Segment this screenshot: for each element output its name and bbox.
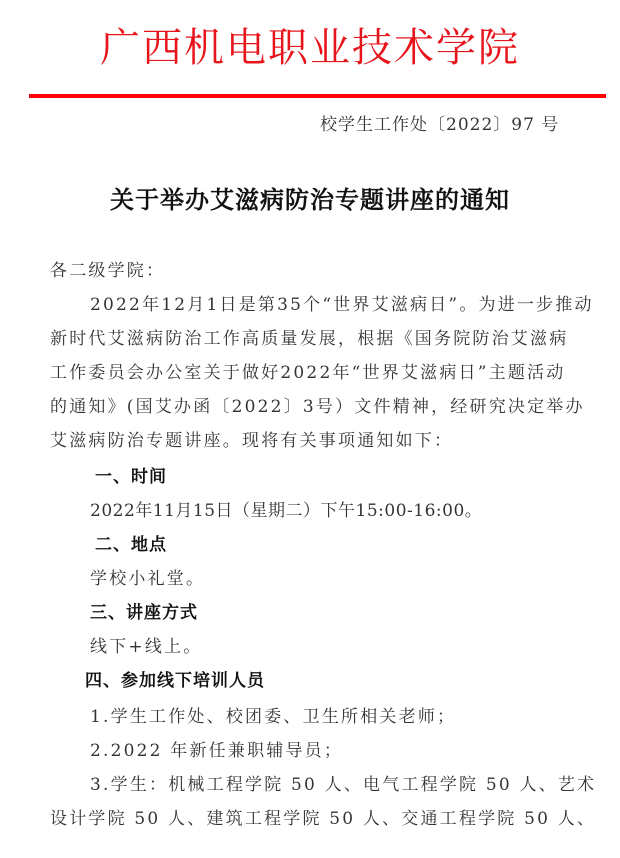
red-divider — [29, 94, 606, 98]
participant-item: 设计学院 50 人、建筑工程学院 50 人、交通工程学院 50 人、 — [50, 806, 596, 832]
section-content-format: 线下+线上。 — [90, 634, 202, 660]
intro-line: 的通知》(国艾办函〔2022〕3号）文件精神，经研究决定举办 — [50, 394, 585, 420]
participant-item: 3.学生：机械工程学院 50 人、电气工程学院 50 人、艺术 — [90, 772, 596, 798]
section-heading-participants: 四、参加线下培训人员 — [85, 668, 265, 694]
section-content-location: 学校小礼堂。 — [90, 566, 205, 592]
section-heading-time: 一、时间 — [95, 464, 167, 490]
masthead-title: 广西机电职业技术学院 — [0, 20, 620, 76]
intro-line: 2022年12月1日是第35个“世界艾滋病日”。为进一步推动 — [90, 292, 594, 318]
section-content-time: 2022年11月15日（星期二）下午15:00-16:00。 — [90, 498, 482, 524]
participant-item: 1.学生工作处、校团委、卫生所相关老师； — [90, 704, 456, 730]
intro-line: 工作委员会办公室关于做好2022年“世界艾滋病日”主题活动 — [50, 360, 565, 386]
document-title: 关于举办艾滋病防治专题讲座的通知 — [0, 182, 620, 218]
intro-line: 新时代艾滋病防治工作高质量发展，根据《国务院防治艾滋病 — [50, 326, 568, 352]
document-number: 校学生工作处〔2022〕97 号 — [320, 112, 559, 138]
salutation: 各二级学院： — [50, 258, 165, 284]
intro-line: 艾滋病防治专题讲座。现将有关事项通知如下： — [50, 428, 453, 454]
section-heading-location: 二、地点 — [95, 532, 167, 558]
participant-item: 2.2022 年新任兼职辅导员； — [90, 738, 343, 764]
section-heading-format: 三、讲座方式 — [90, 600, 198, 626]
